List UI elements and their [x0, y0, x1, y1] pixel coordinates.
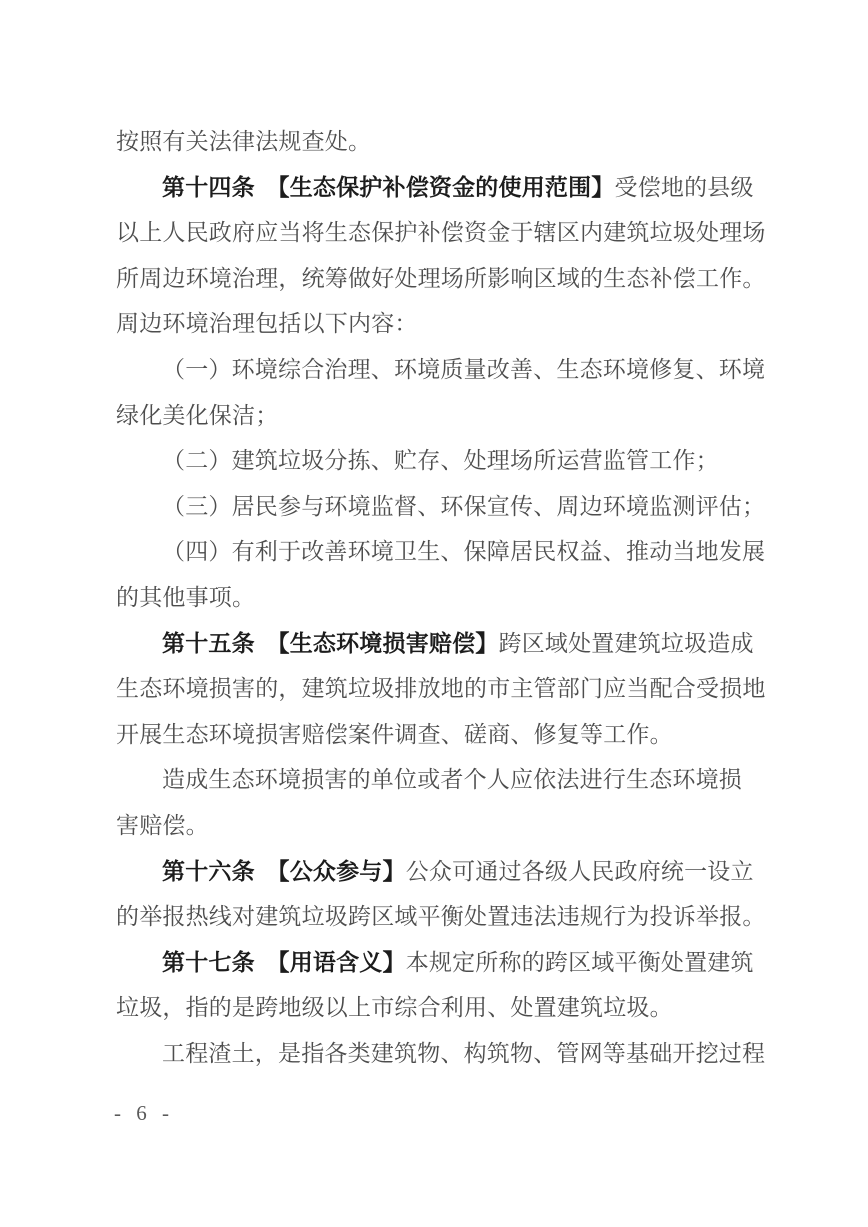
line-text: 垃圾，指的是跨地级以上市综合利用、处置建筑垃圾。 — [116, 995, 673, 1020]
line-text: 生态环境损害的，建筑垃圾排放地的市主管部门应当配合受损地 — [116, 676, 766, 701]
doc-line: 第十六条 【公众参与】公众可通过各级人民政府统一设立 — [116, 849, 776, 895]
line-text: 以上人民政府应当将生态保护补偿资金于辖区内建筑垃圾处理场 — [116, 220, 766, 245]
line-text: （一）环境综合治理、环境质量改善、生态环境修复、环境 — [162, 357, 765, 382]
line-text: 的举报热线对建筑垃圾跨区域平衡处置违法违规行为投诉举报。 — [116, 904, 766, 929]
line-text: （二）建筑垃圾分拣、贮存、处理场所运营监管工作； — [162, 448, 719, 473]
doc-line: 害赔偿。 — [116, 803, 776, 849]
article-14-title-label: 第十四条 【生态保护补偿资金的使用范围】 — [162, 174, 615, 200]
page-footer: - 6 - — [114, 1100, 174, 1126]
document-page: 按照有关法律法规查处。 第十四条 【生态保护补偿资金的使用范围】受偿地的县级 以… — [116, 119, 776, 1076]
doc-line: 绿化美化保洁； — [116, 393, 776, 439]
line-text: 按照有关法律法规查处。 — [116, 129, 371, 154]
line-text: 所周边环境治理，统筹做好处理场所影响区域的生态补偿工作。 — [116, 266, 766, 291]
line-text: （三）居民参与环境监督、环保宣传、周边环境监测评估； — [162, 494, 765, 519]
line-text: 受偿地的县级 — [615, 175, 754, 200]
article-17-title-label: 第十七条 【用语含义】 — [162, 949, 406, 975]
doc-line: 的其他事项。 — [116, 575, 776, 621]
doc-line: 造成生态环境损害的单位或者个人应依法进行生态环境损 — [116, 757, 776, 803]
doc-line: 第十七条 【用语含义】本规定所称的跨区域平衡处置建筑 — [116, 940, 776, 986]
line-text: 害赔偿。 — [116, 813, 209, 838]
doc-line: 的举报热线对建筑垃圾跨区域平衡处置违法违规行为投诉举报。 — [116, 894, 776, 940]
line-text: 造成生态环境损害的单位或者个人应依法进行生态环境损 — [162, 767, 742, 792]
article-15-title-label: 第十五条 【生态环境损害赔偿】 — [162, 630, 499, 656]
page-number: - 6 - — [114, 1101, 174, 1125]
doc-line: 生态环境损害的，建筑垃圾排放地的市主管部门应当配合受损地 — [116, 666, 776, 712]
line-text: 本规定所称的跨区域平衡处置建筑 — [406, 950, 754, 975]
line-text: 公众可通过各级人民政府统一设立 — [406, 859, 754, 884]
doc-line: 开展生态环境损害赔偿案件调查、磋商、修复等工作。 — [116, 712, 776, 758]
doc-line: 按照有关法律法规查处。 — [116, 119, 776, 165]
doc-line: 第十四条 【生态保护补偿资金的使用范围】受偿地的县级 — [116, 165, 776, 211]
doc-line: 以上人民政府应当将生态保护补偿资金于辖区内建筑垃圾处理场 — [116, 210, 776, 256]
doc-line: （二）建筑垃圾分拣、贮存、处理场所运营监管工作； — [116, 438, 776, 484]
line-text: 工程渣土，是指各类建筑物、构筑物、管网等基础开挖过程 — [162, 1041, 765, 1066]
doc-line: 工程渣土，是指各类建筑物、构筑物、管网等基础开挖过程 — [116, 1031, 776, 1077]
doc-line: 所周边环境治理，统筹做好处理场所影响区域的生态补偿工作。 — [116, 256, 776, 302]
doc-line: （一）环境综合治理、环境质量改善、生态环境修复、环境 — [116, 347, 776, 393]
doc-line: （四）有利于改善环境卫生、保障居民权益、推动当地发展 — [116, 529, 776, 575]
doc-line: 第十五条 【生态环境损害赔偿】跨区域处置建筑垃圾造成 — [116, 621, 776, 667]
line-text: 开展生态环境损害赔偿案件调查、磋商、修复等工作。 — [116, 722, 673, 747]
line-text: 周边环境治理包括以下内容： — [116, 311, 418, 336]
doc-line: 周边环境治理包括以下内容： — [116, 301, 776, 347]
line-text: 跨区域处置建筑垃圾造成 — [499, 631, 754, 656]
line-text: 的其他事项。 — [116, 585, 255, 610]
line-text: （四）有利于改善环境卫生、保障居民权益、推动当地发展 — [162, 539, 765, 564]
doc-line: 垃圾，指的是跨地级以上市综合利用、处置建筑垃圾。 — [116, 985, 776, 1031]
article-16-title-label: 第十六条 【公众参与】 — [162, 858, 406, 884]
doc-line: （三）居民参与环境监督、环保宣传、周边环境监测评估； — [116, 484, 776, 530]
line-text: 绿化美化保洁； — [116, 403, 278, 428]
